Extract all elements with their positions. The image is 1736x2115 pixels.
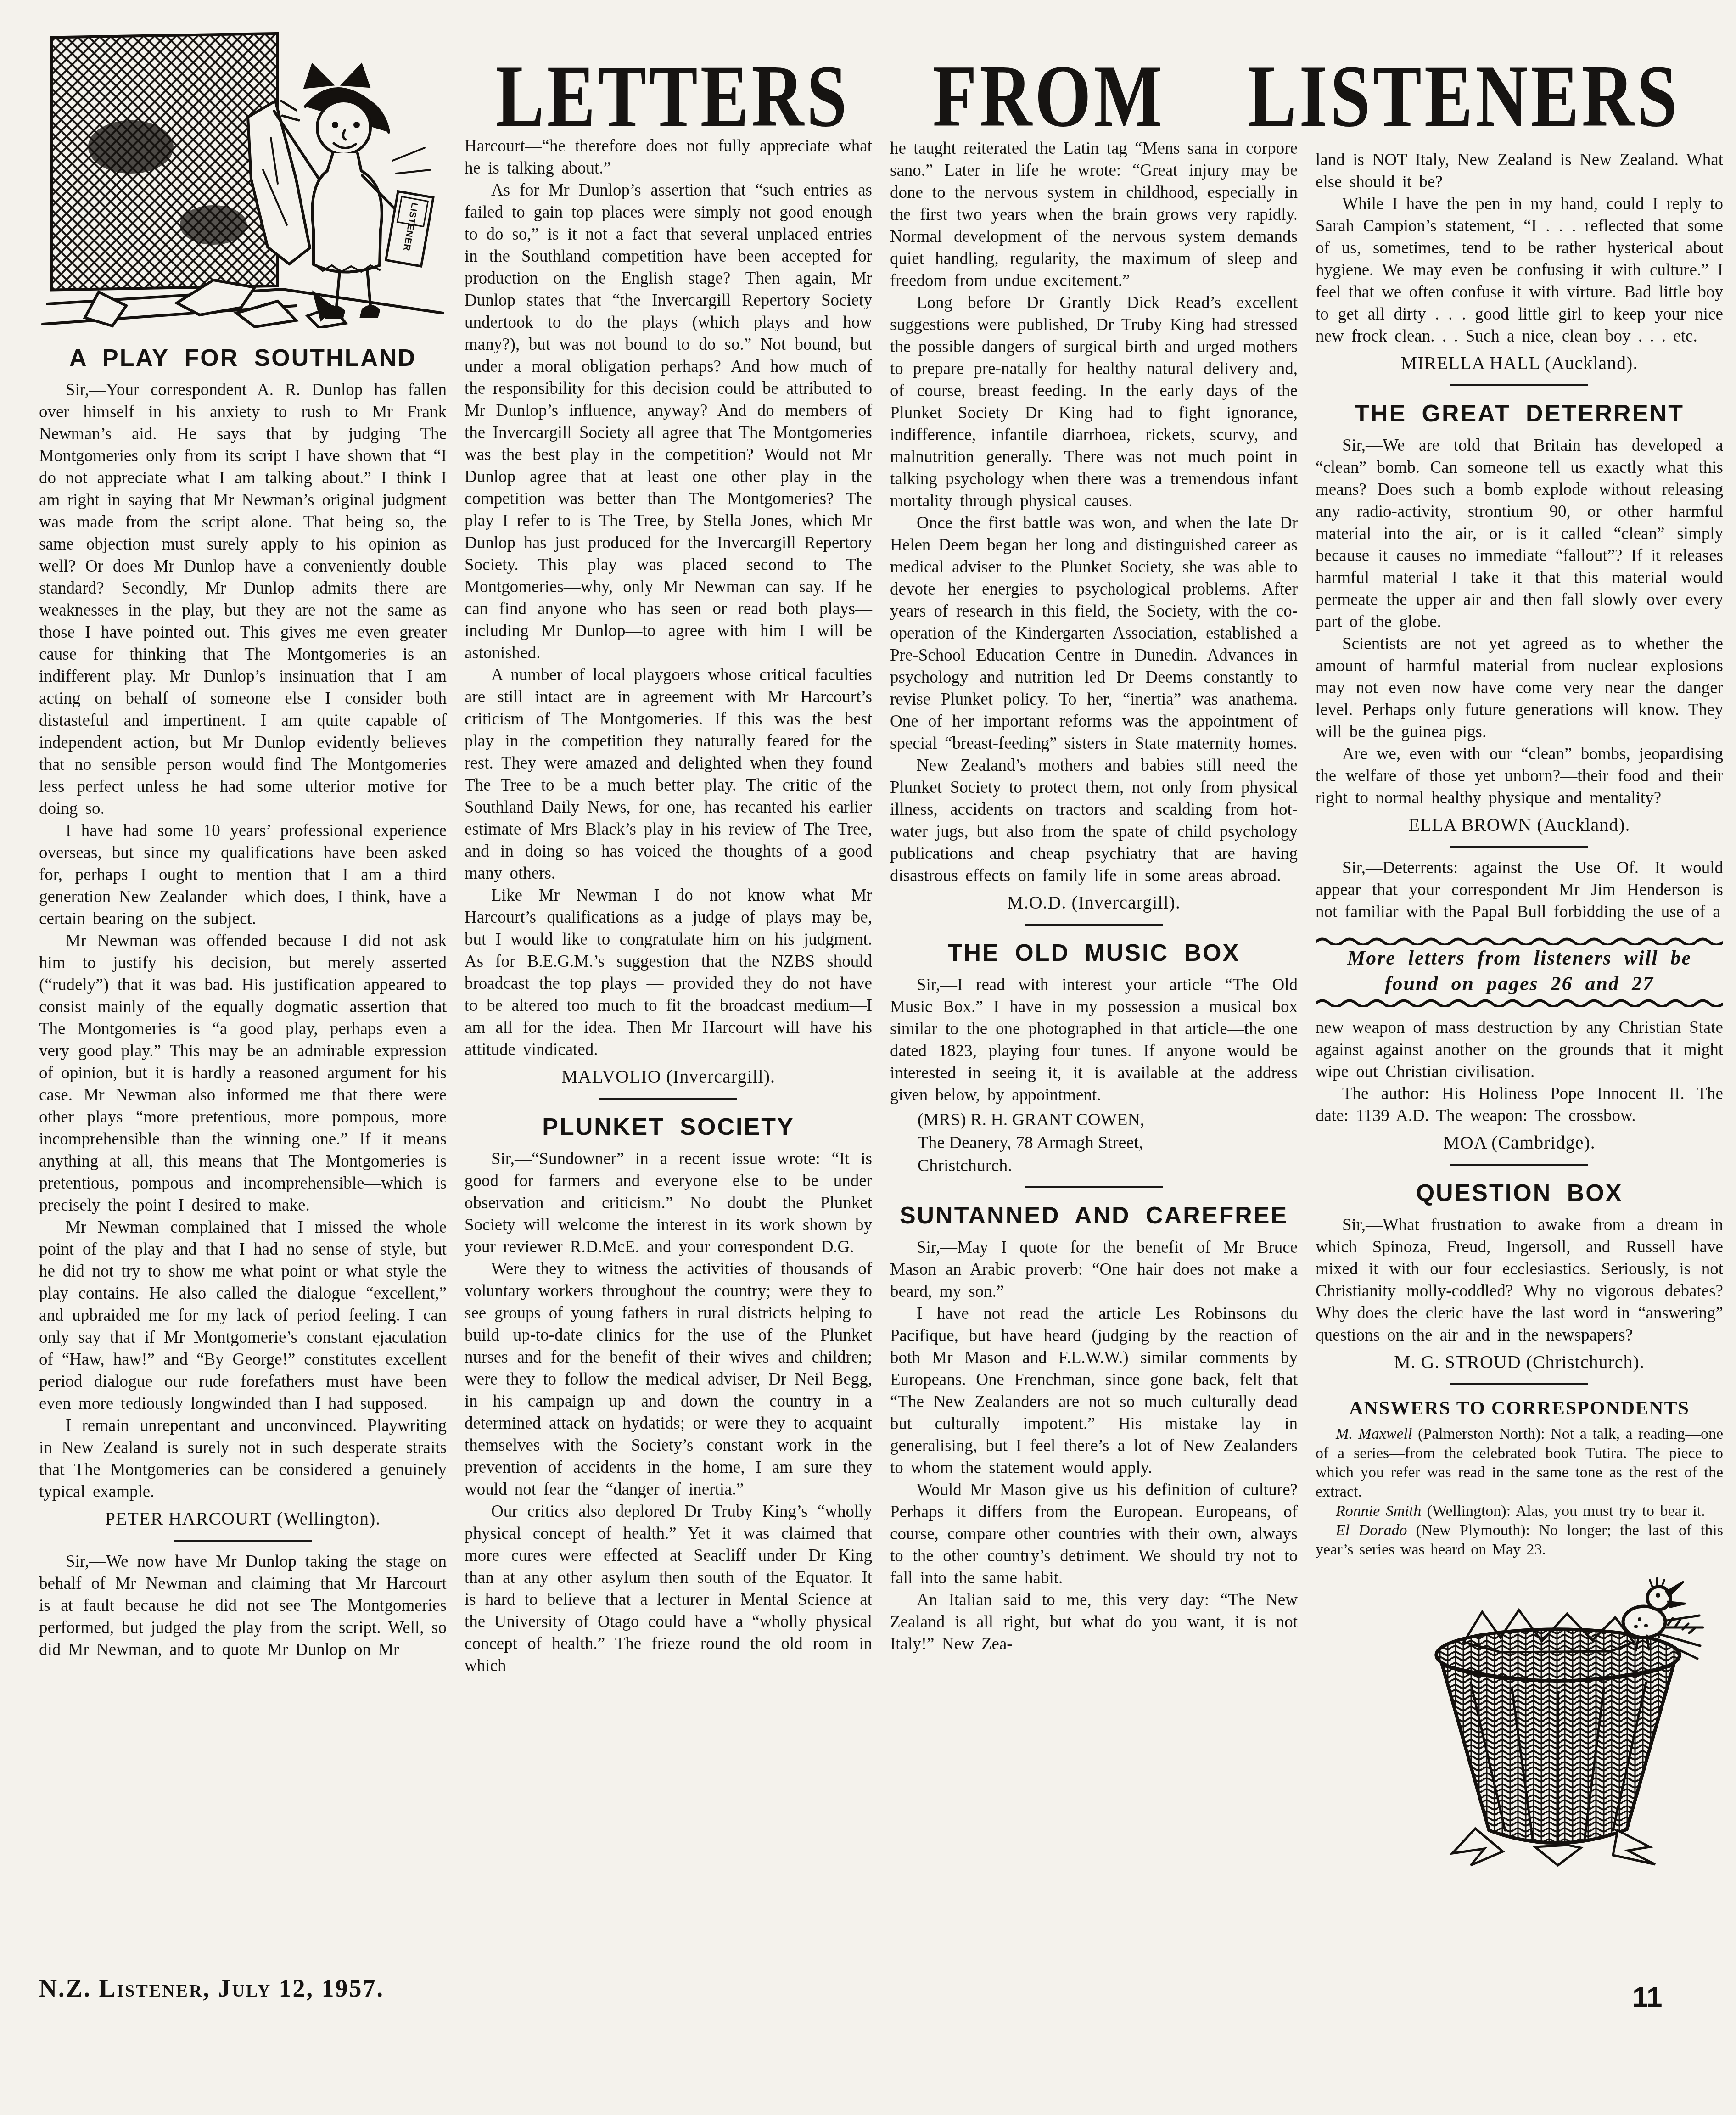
answer-item: M. Maxwell (Palmerston North): Not a tal…	[1316, 1425, 1723, 1502]
letter-paragraph: Were they to witness the activities of t…	[465, 1258, 872, 1501]
divider-rule	[1450, 1164, 1588, 1166]
wastebasket-bird-illustration	[1420, 1573, 1714, 1869]
letter-paragraph: Sir,—May I quote for the benefit of Mr B…	[890, 1237, 1298, 1303]
letter-paragraph: Sir,—Deterrents: against the Use Of. It …	[1316, 857, 1723, 923]
letter-paragraph: The author: His Holiness Pope Innocent I…	[1316, 1083, 1723, 1127]
address-line: Christchurch.	[918, 1154, 1298, 1177]
notice-line: More letters from listeners will be	[1316, 945, 1723, 971]
wavy-rule	[1316, 935, 1723, 945]
letter-paragraph: he taught reiterated the Latin tag “Mens…	[890, 138, 1298, 292]
more-letters-notice: More letters from listeners will befound…	[1316, 935, 1723, 1007]
divider-rule	[1025, 1186, 1163, 1188]
letters-column-2: Harcourt—“he therefore does not fully ap…	[465, 135, 872, 1677]
letter-paragraph: Sir,—We are told that Britain has develo…	[1316, 435, 1723, 633]
letter-signature: M. G. STROUD (Christchurch).	[1316, 1350, 1723, 1374]
letter-paragraph: Our critics also deplored Dr Truby King’…	[465, 1501, 872, 1677]
letters-column-3: he taught reiterated the Latin tag “Mens…	[890, 138, 1298, 1655]
answer-item: El Dorado (New Plymouth): No longer; the…	[1316, 1521, 1723, 1560]
divider-rule	[174, 1540, 312, 1542]
letter-paragraph: Once the first battle was won, and when …	[890, 512, 1298, 755]
letter-paragraph: Mr Newman complained that I missed the w…	[39, 1217, 447, 1415]
letter-signature: MALVOLIO (Invercargill).	[465, 1065, 872, 1088]
letter-paragraph: Sir,—We now have Mr Dunlop taking the st…	[39, 1551, 447, 1661]
divider-rule	[1450, 384, 1588, 386]
letter-paragraph: Sir,—Your correspondent A. R. Dunlop has…	[39, 379, 447, 820]
letter-paragraph: Long before Dr Grantly Dick Read’s excel…	[890, 292, 1298, 512]
letter-paragraph: Mr Newman was offended because I did not…	[39, 930, 447, 1217]
letter-paragraph: new weapon of mass destruction by any Ch…	[1316, 1017, 1723, 1083]
correspondent-name: Ronnie Smith	[1336, 1503, 1421, 1520]
letter-paragraph: I have had some 10 years’ professional e…	[39, 820, 447, 930]
journal-date-line: N.Z. Listener, July 12, 1957.	[39, 1974, 384, 2003]
section-heading: THE GREAT DETERRENT	[1316, 400, 1723, 427]
letter-paragraph: A number of local playgoers whose critic…	[465, 664, 872, 885]
section-heading: A PLAY FOR SOUTHLAND	[39, 344, 447, 372]
letter-paragraph: Would Mr Mason give us his definition of…	[890, 1479, 1298, 1589]
letter-paragraph: Scientists are not yet agreed as to whet…	[1316, 633, 1723, 743]
address-block: (MRS) R. H. GRANT COWEN,The Deanery, 78 …	[918, 1108, 1298, 1177]
letter-paragraph: I remain unrepentant and unconvinced. Pl…	[39, 1415, 447, 1503]
answer-item: Ronnie Smith (Wellington): Alas, you mus…	[1316, 1502, 1723, 1521]
section-heading: PLUNKET SOCIETY	[465, 1113, 872, 1141]
section-heading: QUESTION BOX	[1316, 1179, 1723, 1207]
divider-rule	[1025, 924, 1163, 926]
page-number: 11	[1632, 1981, 1663, 2014]
letter-signature: M.O.D. (Invercargill).	[890, 891, 1298, 914]
letter-paragraph: I have not read the article Les Robinson…	[890, 1303, 1298, 1479]
letters-column-1: LISTENER A PLAY FOR SOUTHLANDSir,—Your c…	[39, 32, 447, 1661]
letter-paragraph: An Italian said to me, this very day: “T…	[890, 1589, 1298, 1655]
letter-paragraph: Harcourt—“he therefore does not fully ap…	[465, 135, 872, 180]
letter-paragraph: land is NOT Italy, New Zealand is New Ze…	[1316, 149, 1723, 193]
girl-tearing-listener-illustration: LISTENER	[39, 32, 447, 331]
letter-paragraph: Are we, even with our “clean” bombs, jeo…	[1316, 743, 1723, 809]
letter-paragraph: New Zealand’s mothers and babies still n…	[890, 755, 1298, 887]
correspondent-name: M. Maxwell	[1336, 1425, 1412, 1442]
notice-line: found on pages 26 and 27	[1316, 971, 1723, 997]
correspondent-name: El Dorado	[1336, 1522, 1407, 1539]
wavy-rule	[1316, 997, 1723, 1007]
divider-rule	[599, 1098, 737, 1100]
letter-signature: MOA (Cambridge).	[1316, 1131, 1723, 1155]
letter-signature: MIRELLA HALL (Auckland).	[1316, 351, 1723, 375]
section-heading: ANSWERS TO CORRESPONDENTS	[1316, 1397, 1723, 1420]
address-line: (MRS) R. H. GRANT COWEN,	[918, 1108, 1298, 1131]
page-title: LETTERS FROM LISTENERS	[448, 46, 1728, 148]
section-heading: THE OLD MUSIC BOX	[890, 939, 1298, 967]
letters-column-4: land is NOT Italy, New Zealand is New Ze…	[1316, 149, 1723, 1869]
letter-signature: ELLA BROWN (Auckland).	[1316, 813, 1723, 837]
divider-rule	[1450, 1383, 1588, 1385]
letter-paragraph: As for Mr Dunlop’s assertion that “such …	[465, 180, 872, 664]
letter-paragraph: Sir,—What frustration to awake from a dr…	[1316, 1214, 1723, 1346]
address-line: The Deanery, 78 Armagh Street,	[918, 1131, 1298, 1154]
divider-rule	[1450, 846, 1588, 848]
letter-paragraph: While I have the pen in my hand, could I…	[1316, 193, 1723, 348]
letter-paragraph: Sir,—“Sundowner” in a recent issue wrote…	[465, 1148, 872, 1258]
letter-signature: PETER HARCOURT (Wellington).	[39, 1507, 447, 1531]
letter-paragraph: Sir,—I read with interest your article “…	[890, 974, 1298, 1106]
letter-paragraph: Like Mr Newman I do not know what Mr Har…	[465, 885, 872, 1061]
section-heading: SUNTANNED AND CAREFREE	[890, 1202, 1298, 1229]
magazine-page: LETTERS FROM LISTENERS	[0, 0, 1736, 2115]
